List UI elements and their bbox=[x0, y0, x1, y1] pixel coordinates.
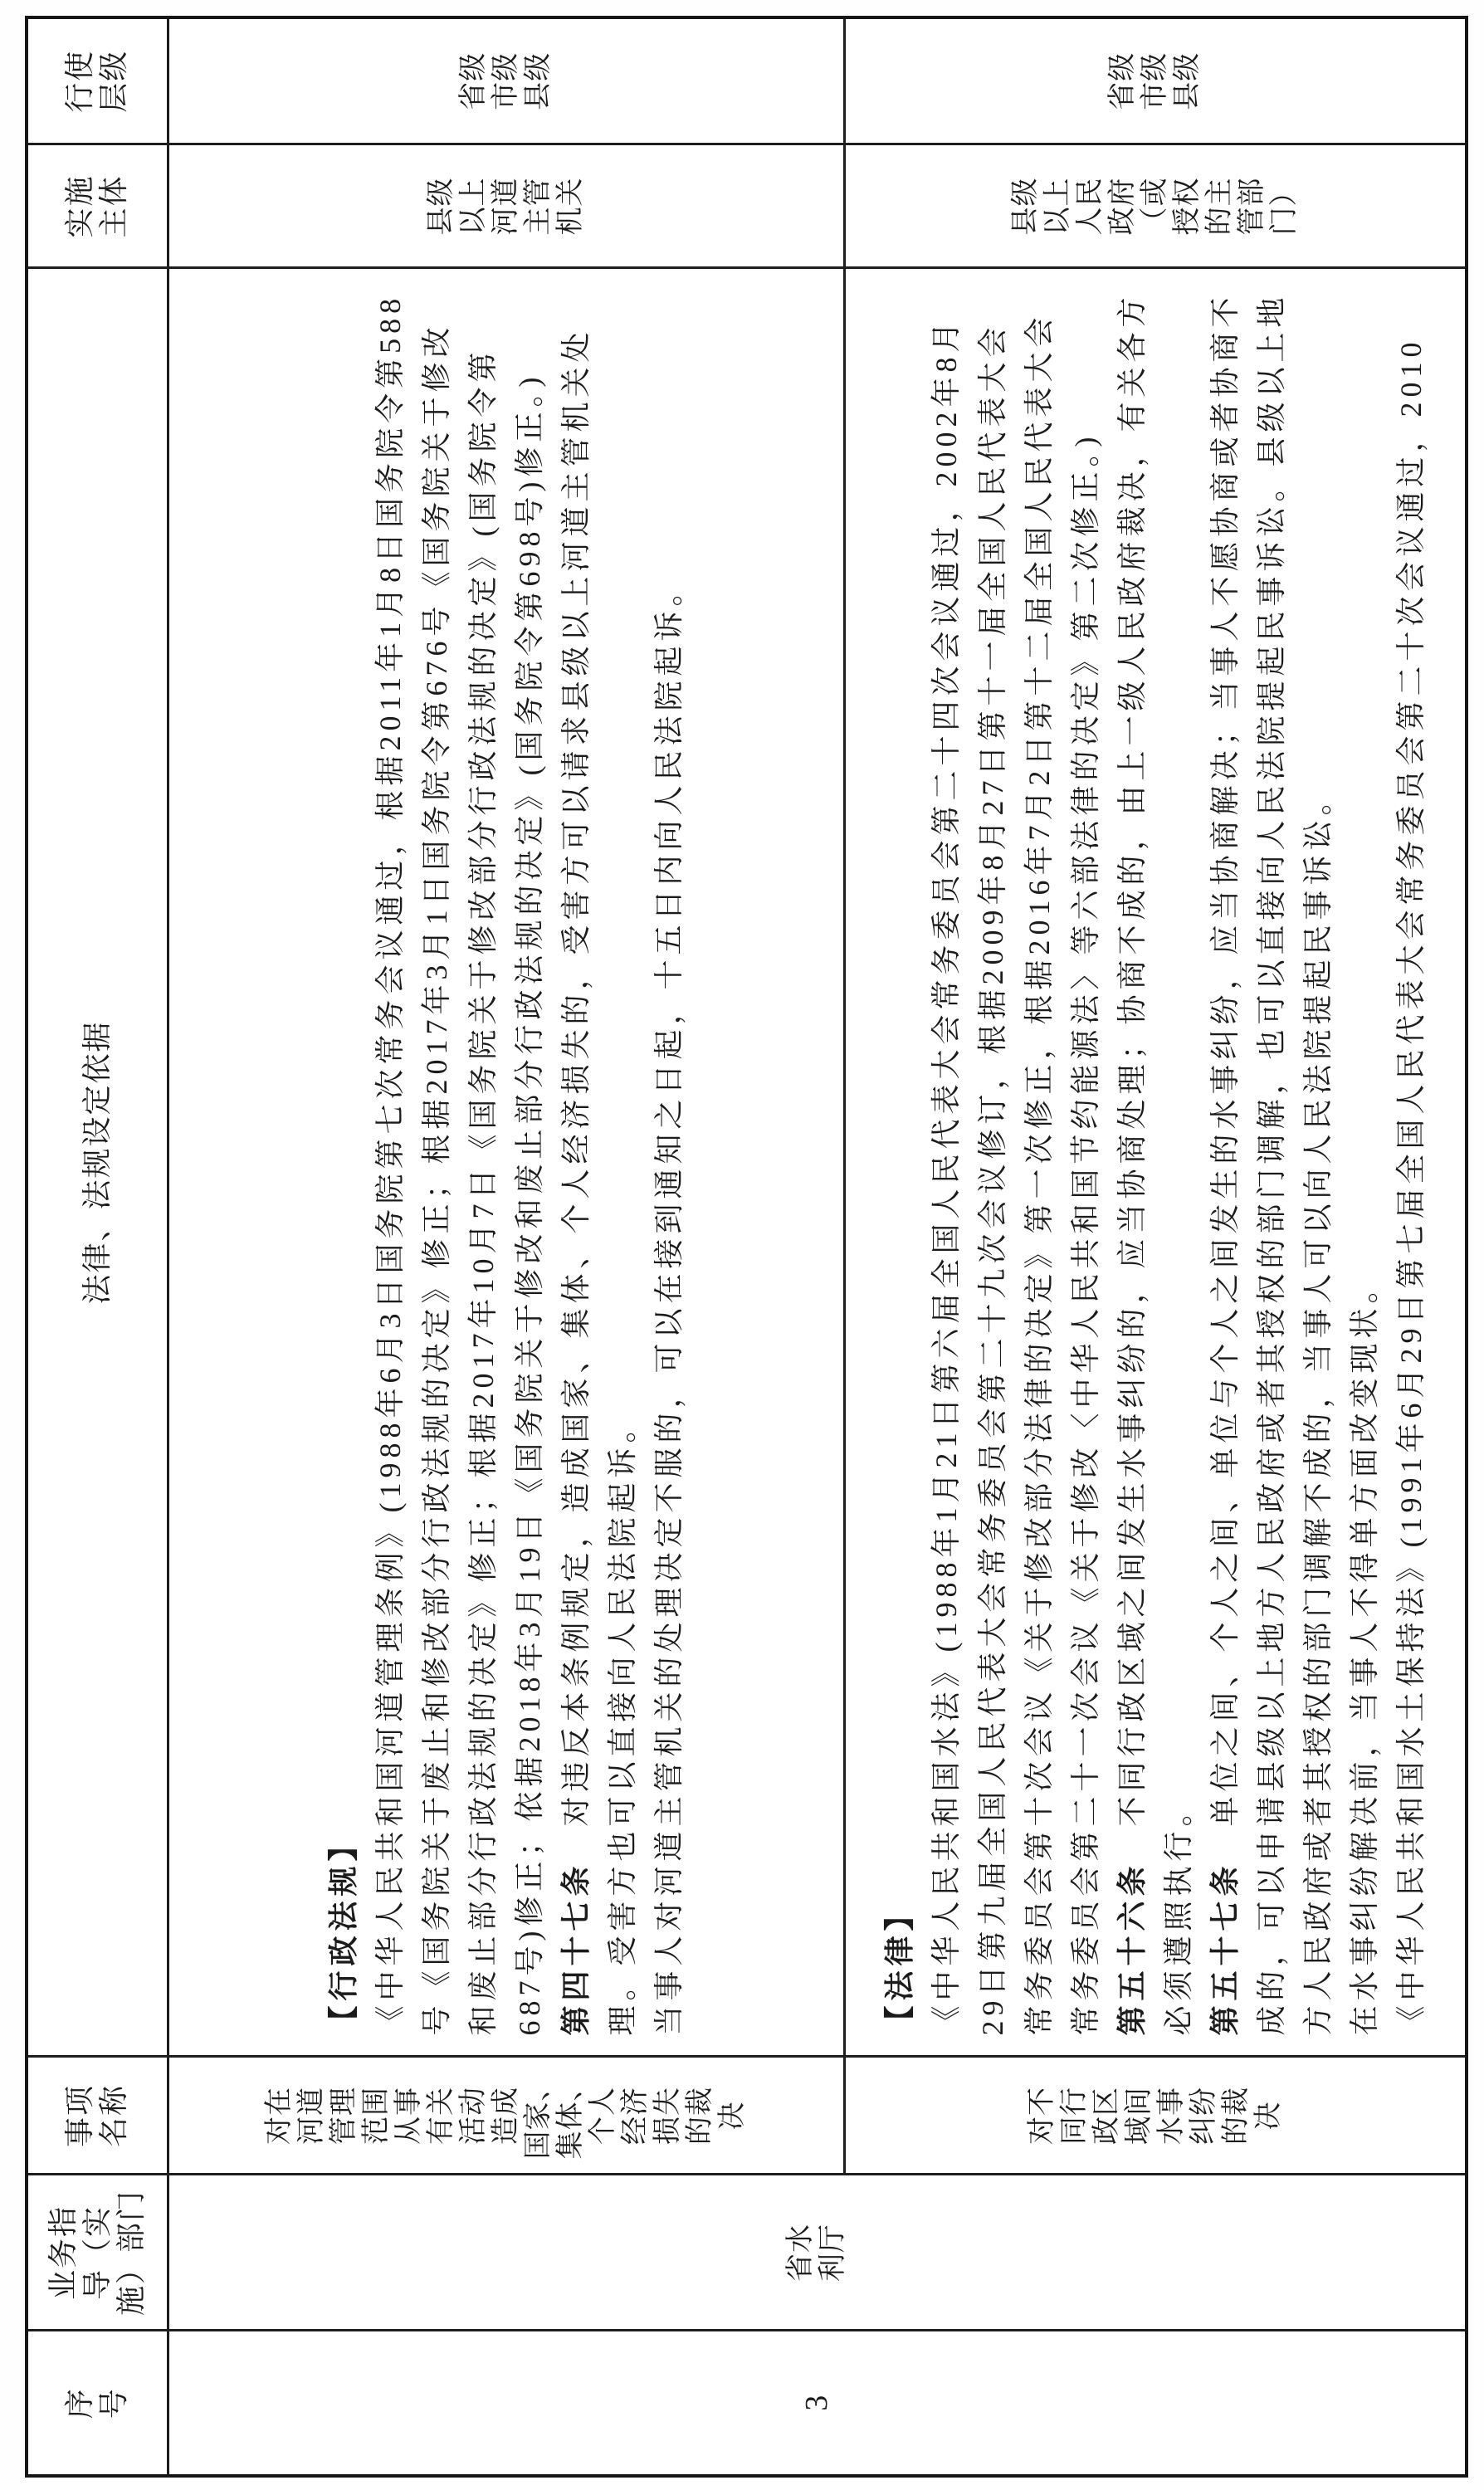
article-number: 第五十六条 bbox=[1115, 1861, 1149, 2035]
header-row: 序 号 业务指 导（实 施）部门 事项 名称 法律、法规设定依据 实施 主体 行… bbox=[27, 17, 168, 2476]
level-cell-row2: 省级 市级 县级 bbox=[844, 17, 1467, 144]
legal-paragraph: 第四十七条 对违反本条例规定，造成国家、集体、个人经济损失的，受害方可以请求县级… bbox=[553, 290, 646, 2036]
legal-basis-cell-row1: 【行政法规】《中华人民共和国河道管理条例》(1988年6月3日国务院第七次常务会… bbox=[168, 268, 844, 2057]
header-item-label: 事项 名称 bbox=[63, 2058, 131, 2174]
header-legal-cell: 法律、法规设定依据 bbox=[27, 268, 168, 2057]
department-name: 省水 利厅 bbox=[784, 2176, 849, 2330]
legal-paragraph: 第五十七条 单位之间、个人之间、单位与个人之间发生的水事纠纷，应当协商解决；当事… bbox=[1202, 290, 1341, 2036]
item-name-row1: 对在 河道 管理 范围 从事 有关 活动 造成 国家、 集体、 个人 经济 损失… bbox=[263, 2058, 749, 2174]
header-level-cell: 行使 层级 bbox=[27, 17, 168, 144]
implementer-cell-row1: 县级 以上 河道 主管 机关 bbox=[168, 144, 844, 268]
article-number: 第四十七条 bbox=[559, 1861, 593, 2035]
item-name-row2: 对不 同行 政区 域间 水事 纠纷 的裁 决 bbox=[1026, 2058, 1285, 2174]
legal-basis-text-row2: 【法律】《中华人民共和国水法》(1988年1月21日第六届全国人民代表大会常务委… bbox=[868, 270, 1443, 2056]
header-department-cell: 业务指 导（实 施）部门 bbox=[27, 2175, 168, 2331]
header-department-label: 业务指 导（实 施）部门 bbox=[46, 2176, 149, 2330]
powers-list-table: 序 号 业务指 导（实 施）部门 事项 名称 法律、法规设定依据 实施 主体 行… bbox=[25, 16, 1468, 2478]
data-row-2: 对不 同行 政区 域间 水事 纠纷 的裁 决 【法律】《中华人民共和国水法》(1… bbox=[844, 17, 1467, 2476]
serial-value-cell: 3 bbox=[168, 2331, 1467, 2476]
legal-paragraph: 《中华人民共和国水土保持法》(1991年6月29日第七届全国人民代表大会常务委员… bbox=[1388, 290, 1434, 2036]
level-cell-row1: 省级 市级 县级 bbox=[168, 17, 844, 144]
legal-paragraph: 在水事纠纷解决前，当事人不得单方面改变现状。 bbox=[1341, 290, 1388, 2036]
level-row2: 省级 市级 县级 bbox=[1106, 19, 1203, 144]
legal-category-tag: 【行政法规】 bbox=[320, 290, 367, 2036]
legal-paragraph: 《中华人民共和国河道管理条例》(1988年6月3日国务院第七次常务会议通过，根据… bbox=[367, 290, 553, 2036]
legal-category-tag: 【法律】 bbox=[876, 290, 923, 2036]
item-name-cell-row2: 对不 同行 政区 域间 水事 纠纷 的裁 决 bbox=[844, 2057, 1467, 2175]
header-level-label: 行使 层级 bbox=[63, 19, 131, 144]
item-name-cell-row1: 对在 河道 管理 范围 从事 有关 活动 造成 国家、 集体、 个人 经济 损失… bbox=[168, 2057, 844, 2175]
legal-paragraph: 第五十六条 不同行政区域之间发生水事纠纷的，应当协商处理；协商不成的，由上一级人… bbox=[1109, 290, 1202, 2036]
rotated-page-region: 序 号 业务指 导（实 施）部门 事项 名称 法律、法规设定依据 实施 主体 行… bbox=[25, 19, 1465, 2478]
table-sheet: 序 号 业务指 导（实 施）部门 事项 名称 法律、法规设定依据 实施 主体 行… bbox=[25, 19, 1465, 2478]
implementer-cell-row2: 县级 以上 人民 政府 （或 授权 的主 管部 门） bbox=[844, 144, 1467, 268]
level-row1: 省级 市级 县级 bbox=[457, 19, 554, 144]
serial-number: 3 bbox=[798, 2332, 835, 2475]
header-implementer-cell: 实施 主体 bbox=[27, 144, 168, 268]
legal-basis-text-row1: 【行政法规】《中华人民共和国河道管理条例》(1988年6月3日国务院第七次常务会… bbox=[312, 270, 701, 2056]
header-serial-label: 序 号 bbox=[63, 2332, 131, 2475]
header-serial-cell: 序 号 bbox=[27, 2331, 168, 2476]
implementer-row1: 县级 以上 河道 主管 机关 bbox=[425, 146, 587, 267]
scanned-document-page: { "document": { "kind": "权责清单表格扫描页(旋转90°… bbox=[0, 0, 1484, 2490]
department-value-cell: 省水 利厅 bbox=[168, 2175, 1467, 2331]
legal-paragraph: 当事人对河道主管机关的处理决定不服的，可以在接到通知之日起，十五日内向人民法院起… bbox=[646, 290, 692, 2036]
legal-paragraph: 《中华人民共和国水法》(1988年1月21日第六届全国人民代表大会常务委员会第二… bbox=[923, 290, 1109, 2036]
legal-basis-cell-row2: 【法律】《中华人民共和国水法》(1988年1月21日第六届全国人民代表大会常务委… bbox=[844, 268, 1467, 2057]
header-legal-label: 法律、法规设定依据 bbox=[81, 270, 115, 2056]
article-number: 第五十七条 bbox=[1208, 1861, 1242, 2035]
data-row-1: 3 省水 利厅 对在 河道 管理 范围 从事 有关 活动 造成 国家、 集体、 … bbox=[168, 17, 844, 2476]
header-item-cell: 事项 名称 bbox=[27, 2057, 168, 2175]
header-implementer-label: 实施 主体 bbox=[63, 146, 131, 267]
implementer-row2: 县级 以上 人民 政府 （或 授权 的主 管部 门） bbox=[1009, 146, 1301, 267]
